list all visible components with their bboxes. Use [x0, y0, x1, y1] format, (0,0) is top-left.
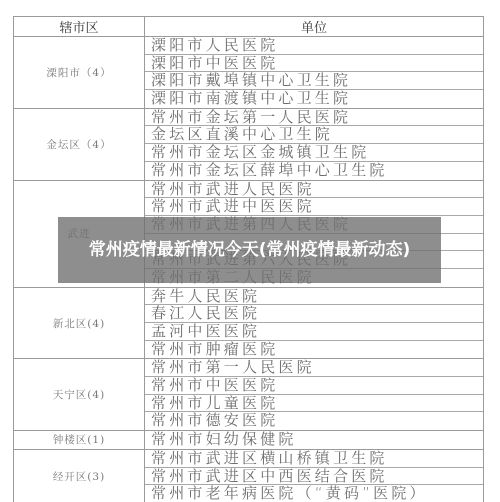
article-title: 常州疫情最新情况今天(常州疫情最新动态)	[81, 239, 419, 261]
title-overlay: 常州疫情最新情况今天(常州疫情最新动态)	[58, 217, 441, 283]
district-group: 金坛区（4）常州市金坛第一人民医院金坛区直溪中心卫生院常州市金坛区金城镇卫生院常…	[14, 109, 483, 181]
district-label: 新北区(4)	[14, 288, 145, 359]
unit-row: 常州市武进区中西医结合医院	[145, 468, 483, 486]
table-header: 辖市区 单位	[14, 17, 483, 37]
unit-row: 常州市妇幼保健院	[145, 431, 483, 449]
unit-row: 常州市老年病医院（“黄码”医院）	[145, 485, 483, 502]
unit-row: 常州市武进人民医院	[145, 181, 483, 199]
unit-row: 金坛区直溪中心卫生院	[145, 126, 483, 144]
unit-row: 春江人民医院	[145, 305, 483, 323]
district-label: 经开区(3)	[14, 450, 145, 502]
header-unit: 单位	[145, 17, 483, 36]
unit-row: 常州市德安医院	[145, 412, 483, 430]
unit-row: 溧阳市南渡镇中心卫生院	[145, 90, 483, 108]
district-group: 天宁区(4)常州市第一人民医院常州市中医医院常州市儿童医院常州市德安医院	[14, 359, 483, 431]
unit-row: 常州市金坛区薛埠中心卫生院	[145, 162, 483, 180]
district-label: 天宁区(4)	[14, 359, 145, 430]
district-group: 钟楼区(1)常州市妇幼保健院	[14, 431, 483, 450]
header-district: 辖市区	[14, 17, 145, 36]
unit-row: 孟河中医医院	[145, 323, 483, 341]
unit-row: 奔牛人民医院	[145, 288, 483, 306]
district-group: 溧阳市（4）溧阳市人民医院溧阳市中医医院溧阳市戴埠镇中心卫生院溧阳市南渡镇中心卫…	[14, 37, 483, 109]
unit-row: 溧阳市人民医院	[145, 37, 483, 55]
district-label: 金坛区（4）	[14, 109, 145, 180]
unit-row: 常州市武进区横山桥镇卫生院	[145, 450, 483, 468]
unit-row: 溧阳市中医医院	[145, 55, 483, 73]
unit-row: 常州市儿童医院	[145, 395, 483, 413]
district-group: 新北区(4)奔牛人民医院春江人民医院孟河中医医院常州市肿瘤医院	[14, 288, 483, 360]
unit-row: 常州市武进中医医院	[145, 198, 483, 216]
district-group: 经开区(3)常州市武进区横山桥镇卫生院常州市武进区中西医结合医院常州市老年病医院…	[14, 450, 483, 502]
unit-row: 常州市第一人民医院	[145, 359, 483, 377]
district-label: 钟楼区(1)	[14, 431, 145, 449]
unit-row: 溧阳市戴埠镇中心卫生院	[145, 72, 483, 90]
unit-row: 常州市肿瘤医院	[145, 341, 483, 359]
unit-row: 常州市金坛第一人民医院	[145, 109, 483, 127]
unit-row: 常州市金坛区金城镇卫生院	[145, 144, 483, 162]
unit-row: 常州市中医医院	[145, 377, 483, 395]
district-label: 溧阳市（4）	[14, 37, 145, 108]
